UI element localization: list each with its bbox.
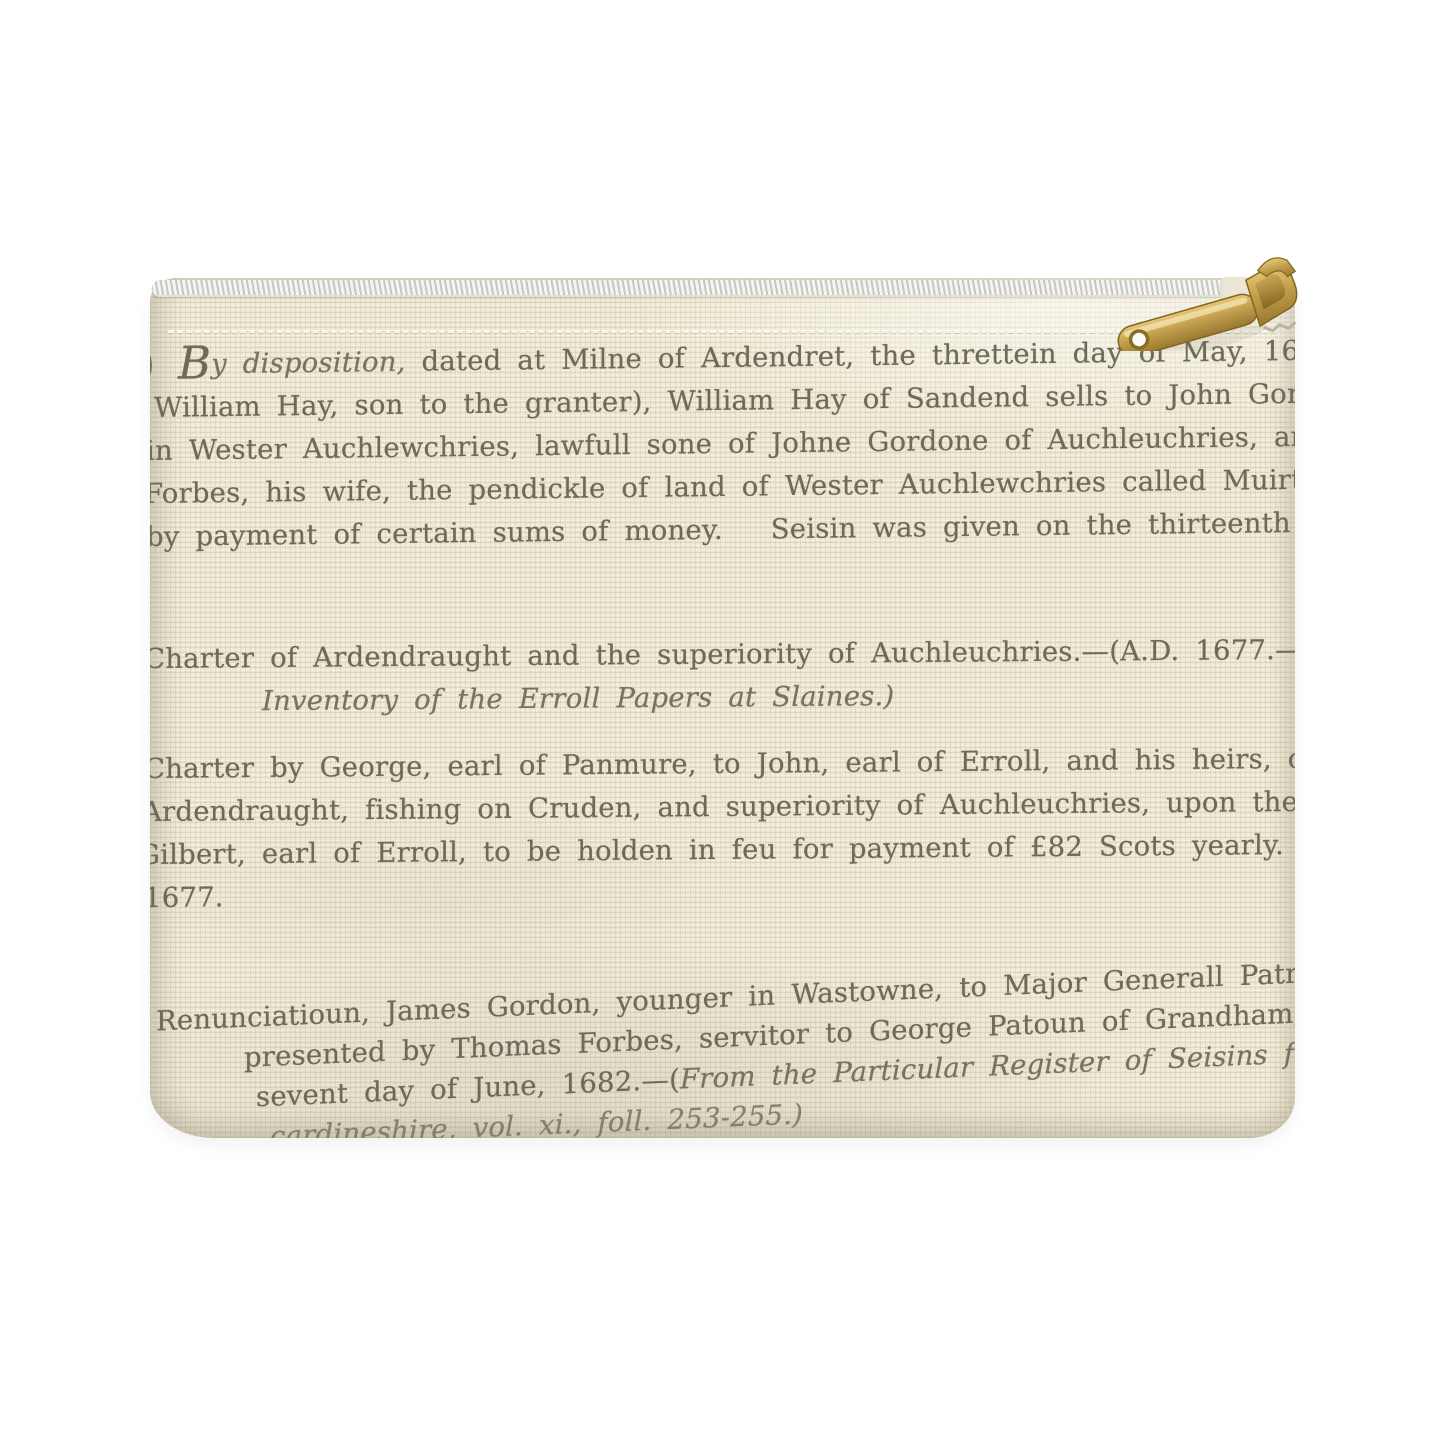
text-segment: Charter by George, earl of Panmure, to J… [150, 742, 1295, 785]
text-segment: Charter of Ardendraught and the superior… [150, 634, 1295, 675]
paragraph-disposition: By disposition, dated at Milne of Ardend… [150, 327, 1295, 559]
printed-text: ) By disposition, dated at Milne of Arde… [150, 278, 1295, 1138]
paragraph-renunciation: Renunciatioun, James Gordon, younger in … [150, 937, 1295, 1138]
text-segment: Inventory of the Erroll Papers at Slaine… [262, 680, 894, 717]
paragraph-charter-heading: Charter of Ardendraught and the superior… [150, 628, 1295, 724]
text-segment: 1677. [150, 881, 224, 914]
text-line: Inventory of the Erroll Papers at Slaine… [262, 671, 1295, 723]
pouch: ) By disposition, dated at Milne of Arde… [150, 278, 1295, 1138]
page-background: ) By disposition, dated at Milne of Arde… [0, 0, 1445, 1445]
paragraph-charter-body: Charter by George, earl of Panmure, to J… [150, 736, 1295, 920]
text-line: Charter of Ardendraught and the superior… [150, 628, 1295, 681]
text-segment: Ardendraught, fishing on Cruden, and sup… [150, 784, 1295, 828]
text-segment: B [178, 336, 211, 389]
text-segment: y disposition, [211, 346, 406, 380]
zipper-pull-icon [1108, 236, 1308, 351]
text-segment: Gilbert, earl of Erroll, to be holden in… [150, 827, 1295, 871]
